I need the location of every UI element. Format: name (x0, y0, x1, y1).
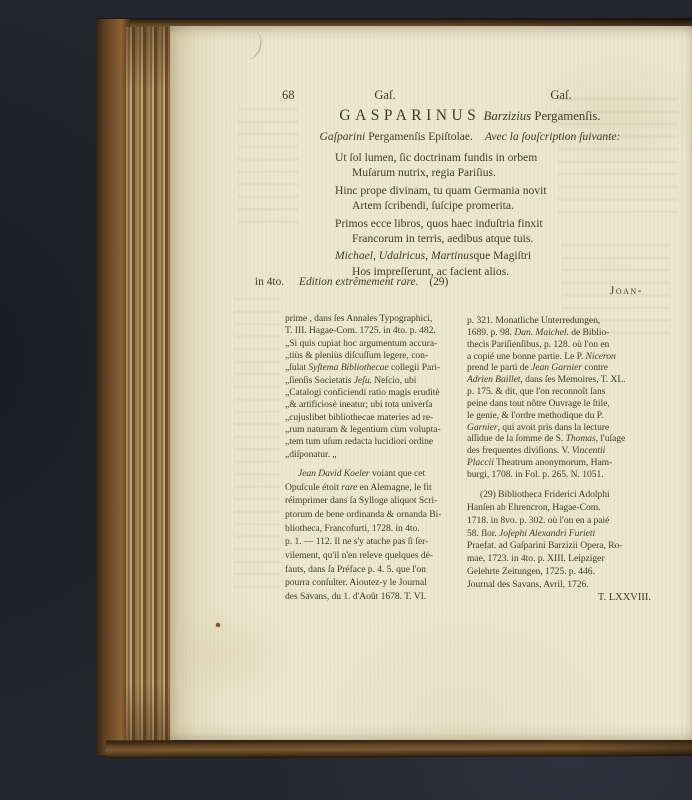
text-line: „& artificiosè ineatur; ubi tota univerſ… (285, 399, 461, 411)
column-left: prime , dans ſes Annales Typographici,T.… (285, 313, 461, 604)
text-line: pourra conſulter. Aioutez-y le Journal (285, 576, 461, 590)
text-line: Garnier, qui avoit pris dans la lecture (467, 422, 657, 434)
subtitle-work: Pergamenſis Epiſtolae. (368, 130, 473, 143)
text-line: „Si quis cupiat hoc argumentum accura- (285, 338, 461, 350)
book-bottom-cover-edge (106, 738, 692, 759)
format-note: in 4to. (255, 276, 284, 288)
verse-couplet: Ut ſol lumen, ſic doctrinam fundis in or… (335, 150, 547, 181)
signature-mark: T. LXXVIII. (467, 592, 651, 603)
text-line: burgi, 1708. in Fol. p. 265. N. 1051. (467, 469, 657, 481)
edition-note: Edition extrêmement rare. (299, 276, 418, 288)
verse-couplet: Primos ecce libros, quos haec induſtria … (335, 216, 547, 247)
catchword: Joan- (467, 285, 643, 297)
running-title-right: Gaſ. (467, 88, 655, 103)
verse-line: Primos ecce libros, quos haec induſtria … (335, 216, 547, 231)
text-line: Praefat. ad Gaſparini Barzizii Opera, Ro… (467, 540, 657, 553)
verse-block: Ut ſol lumen, ſic doctrinam fundis in or… (335, 150, 547, 281)
text-line: le genie, & l'ordre methodique du P. (467, 410, 657, 422)
text-line: p. 1. — 112. Il ne s'y atache pas ſi ſer… (285, 535, 461, 549)
text-line: vilement, qu'il n'en releve quelques dé- (285, 549, 461, 563)
text-line: aſſidue de la ſomme de S. Thomas, l'uſag… (467, 433, 657, 445)
paper-speck (216, 623, 220, 627)
footnote-ref: (29) (429, 276, 448, 288)
verse-couplet: Hinc prope divinam, tu quam Germania nov… (335, 183, 547, 214)
text-line: p. 175. & dit, que l'on reconnoît ſans (467, 386, 657, 398)
verse-line: Michael, Udalricus, Martinusque Magiſtri (335, 248, 547, 263)
bleed-through-texture (238, 108, 298, 223)
text-line: mae, 1723. in 4to. p. XIII. Leipziger (467, 553, 657, 566)
text-line: Hanſen ab Ehrencron, Hagae-Com. (467, 502, 657, 515)
text-line: des Savans, du 1. d'Août 1678. T. VI. (285, 590, 461, 604)
text-line: prend le parti de Jean Garnier contre (467, 362, 657, 374)
entry-title-caps: GASPARINUS (339, 107, 480, 124)
running-title-left: Gaſ. (285, 88, 485, 103)
verse-line: Francorum in terris, aedibus atque tuis. (335, 231, 547, 246)
stray-hairline (236, 27, 265, 62)
verse-line: Artem ſcribendi, ſuſcipe promerita. (335, 198, 547, 213)
text-line: Opuſcule étoit rare en Alemagne, le fit (285, 481, 461, 495)
text-line: „cujuslibet bibliothecae materies ad re- (285, 412, 461, 424)
text-line: „tiùs & pleniùs diſcuſſum legere, con- (285, 350, 461, 362)
book-spine-edge (96, 19, 130, 755)
entry-title: GASPARINUS Barzizius Pergamenſis. (285, 107, 655, 125)
paragraph: prime , dans ſes Annales Typographici,T.… (285, 313, 461, 461)
text-line: Placcii Theatrum anonymorum, Ham- (467, 457, 657, 469)
text-line: 1718. in 8vo. p. 302. où l'on en a paié (467, 515, 657, 528)
text-line: „tem tum uſum redacta lucidiori ordine (285, 436, 461, 448)
text-line: „diſponatur. „ (285, 449, 461, 461)
verse-line: Ut ſol lumen, ſic doctrinam fundis in or… (335, 150, 547, 165)
text-line: ptorum de bene ordinanda & ornanda Bi- (285, 508, 461, 522)
text-line: fauts, dans ſa Préface p. 4. 5. que l'on (285, 563, 461, 577)
bleed-through-texture (234, 298, 280, 598)
column-right: p. 321. Monatliche Unterredungen,1689. p… (467, 315, 657, 592)
text-line: prime , dans ſes Annales Typographici, (285, 313, 461, 325)
photo-background: 68 Gaſ. Gaſ. GASPARINUS Barzizius Pergam… (0, 0, 692, 800)
text-line: T. III. Hagae-Com. 1725. in 4to. p. 482. (285, 325, 461, 337)
text-line: bliotheca, Francofurti, 1728. in 4to. (285, 522, 461, 536)
book-page: 68 Gaſ. Gaſ. GASPARINUS Barzizius Pergam… (170, 26, 692, 740)
text-line: des frequentes diviſions. V. Vincentii (467, 445, 657, 457)
page-gutter-edges (126, 27, 174, 749)
paragraph: p. 321. Monatliche Unterredungen,1689. p… (467, 315, 657, 481)
paragraph: (29) Bibliotheca Friderici AdolphiHanſen… (467, 489, 657, 592)
text-line: réimprimer dans ſa Sylloge aliquot Scri- (285, 494, 461, 508)
text-line: „ſulat Syſtema Bibliothecae collegii Par… (285, 362, 461, 374)
text-line: 58. flor. Joſephi Alexandri Furieti (467, 528, 657, 541)
text-line: Jean David Koeler voiant que cet (285, 467, 461, 481)
running-header: 68 Gaſ. Gaſ. (285, 88, 655, 104)
text-line: a copié une bonne partie. Le P. Niceron (467, 351, 657, 363)
text-line: (29) Bibliotheca Friderici Adolphi (467, 489, 657, 502)
entry-title-epithet: Pergamenſis. (534, 109, 600, 123)
subtitle-lead: Gaſparini (320, 130, 366, 143)
text-line: thecis Pariſienſibus, p. 128. où l'on en (467, 339, 657, 351)
text-line: „Catalogi conficiendi ratio magis erudit… (285, 387, 461, 399)
text-line: peine dans tout nôtre Ouvrage le ſtile, (467, 398, 657, 410)
entry-title-byname: Barzizius (484, 109, 532, 123)
subtitle-note: Avec la ſouſcription ſuivante: (485, 130, 621, 143)
text-line: Journal des Savans, Avril, 1726. (467, 579, 657, 592)
text-line: Gelehrte Zeitungen, 1725. p. 446. (467, 566, 657, 579)
verse-line: Hinc prope divinam, tu quam Germania nov… (335, 183, 547, 198)
text-line: p. 321. Monatliche Unterredungen, (467, 315, 657, 327)
edition-line: in 4to. Edition extrêmement rare. (29) (255, 276, 448, 288)
text-line: „rum naturam & legentium cùm volupta- (285, 424, 461, 436)
text-line: „ſienſis Societatis Jeſu. Neſcio, ubi (285, 375, 461, 387)
paragraph: Jean David Koeler voiant que cetOpuſcule… (285, 467, 461, 604)
entry-subtitle: Gaſparini Pergamenſis Epiſtolae. Avec la… (285, 130, 655, 143)
verse-line: Muſarum nutrix, regia Pariſius. (335, 165, 547, 180)
book: 68 Gaſ. Gaſ. GASPARINUS Barzizius Pergam… (96, 18, 692, 756)
text-line: Adrien Baillet, dans ſes Memoires, T. XL… (467, 374, 657, 386)
text-line: 1689. p. 98. Dan. Maichel. de Biblio- (467, 327, 657, 339)
verse-couplet: Michael, Udalricus, Martinusque Magiſtri… (335, 248, 547, 279)
